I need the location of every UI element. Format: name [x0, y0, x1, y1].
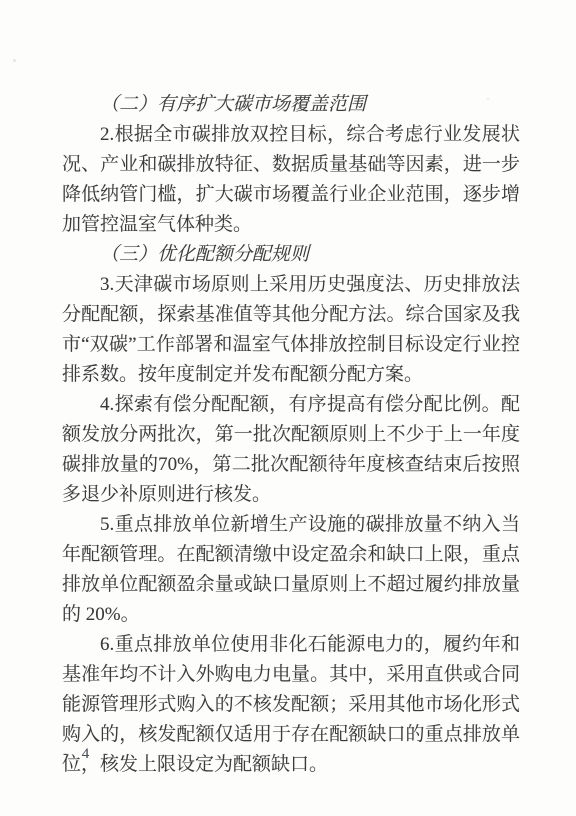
- page-number: - 4 -: [63, 746, 113, 763]
- section-heading-2: （二）有序扩大碳市场覆盖范围: [62, 90, 520, 120]
- scan-speck: [13, 59, 16, 62]
- paragraph-item-6: 6.重点排放单位使用非化石能源电力的，履约年和基准年均不计入外购电力电量。其中，…: [62, 630, 520, 780]
- paragraph-item-3: 3.天津碳市场原则上采用历史强度法、历史排放法分配配额，探索基准值等其他分配方法…: [62, 270, 520, 390]
- document-page: （二）有序扩大碳市场覆盖范围 2.根据全市碳排放双控目标，综合考虑行业发展状况、…: [0, 0, 576, 816]
- section-heading-3: （三）优化配额分配规则: [62, 240, 520, 270]
- paragraph-item-5: 5.重点排放单位新增生产设施的碳排放量不纳入当年配额管理。在配额清缴中设定盈余和…: [62, 510, 520, 630]
- document-body: （二）有序扩大碳市场覆盖范围 2.根据全市碳排放双控目标，综合考虑行业发展状况、…: [62, 90, 520, 780]
- paragraph-item-4: 4.探索有偿分配配额，有序提高有偿分配比例。配额发放分两批次，第一批次配额原则上…: [62, 390, 520, 510]
- paragraph-item-2: 2.根据全市碳排放双控目标，综合考虑行业发展状况、产业和碳排放特征、数据质量基础…: [62, 120, 520, 240]
